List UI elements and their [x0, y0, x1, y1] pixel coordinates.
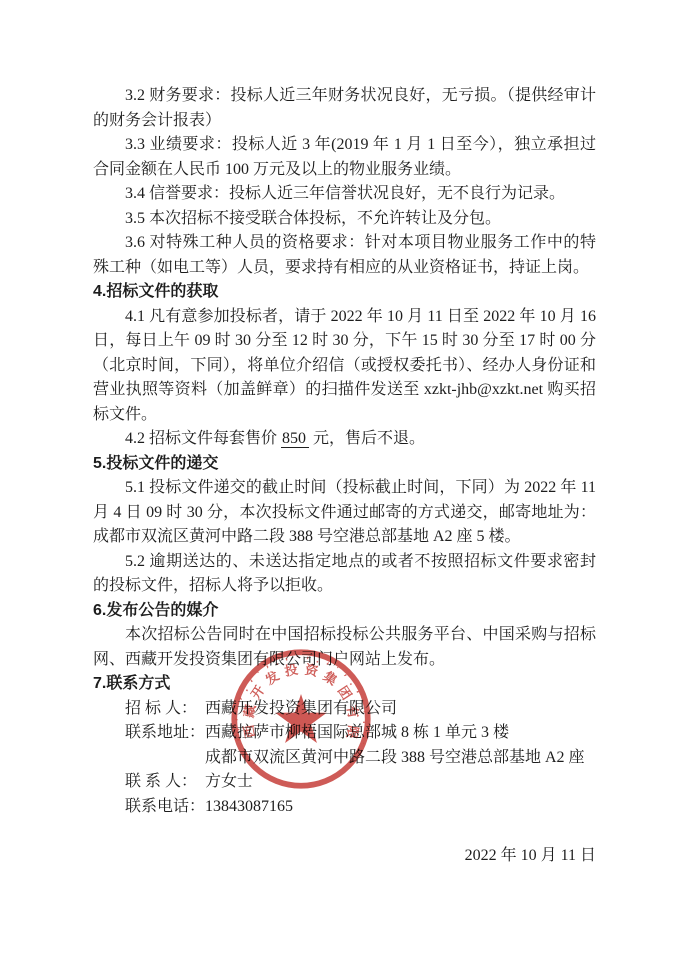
- para-4-2-suffix: 元，售后不退。: [309, 430, 425, 447]
- contact-value: 西藏拉萨市柳梧国际总部城 8 栋 1 单元 3 楼: [205, 721, 596, 746]
- heading-6-announcement-media: 6.发布公告的媒介: [93, 599, 596, 624]
- contact-value: 13843087165: [205, 795, 596, 820]
- contact-label: 联 系 人：: [125, 770, 205, 795]
- para-3-4: 3.4 信誉要求：投标人近三年信誉状况良好，无不良行为记录。: [93, 182, 596, 207]
- para-6-body: 本次招标公告同时在中国招标投标公共服务平台、中国采购与招标网、西藏开发投资集团有…: [93, 623, 596, 672]
- contact-row-address-2: 成都市双流区黄河中路二段 388 号空港总部基地 A2 座: [93, 746, 596, 771]
- contact-row-phone: 联系电话： 13843087165: [93, 795, 596, 820]
- para-4-2-prefix: 4.2 招标文件每套售价: [125, 430, 281, 447]
- contact-label: [125, 746, 205, 771]
- para-3-5: 3.5 本次招标不接受联合体投标，不允许转让及分包。: [93, 207, 596, 232]
- contact-label: 联系地址：: [125, 721, 205, 746]
- document-date: 2022 年 10 月 11 日: [93, 844, 596, 869]
- contact-row-tenderer: 招 标 人： 西藏开发投资集团有限公司: [93, 697, 596, 722]
- heading-4-obtain-documents: 4.招标文件的获取: [93, 280, 596, 305]
- document-price: 850: [281, 430, 309, 448]
- document-page: 3.2 财务要求：投标人近三年财务状况良好，无亏损。（提供经审计的财务会计报表）…: [0, 0, 690, 975]
- para-4-2: 4.2 招标文件每套售价 850 元，售后不退。: [93, 427, 596, 452]
- contact-value: 成都市双流区黄河中路二段 388 号空港总部基地 A2 座: [205, 746, 596, 771]
- contact-value: 西藏开发投资集团有限公司: [205, 697, 596, 722]
- contact-row-person: 联 系 人： 方女士: [93, 770, 596, 795]
- para-5-1: 5.1 投标文件递交的截止时间（投标截止时间，下同）为 2022 年 11 月 …: [93, 476, 596, 550]
- para-3-6: 3.6 对特殊工种人员的资格要求：针对本项目物业服务工作中的特殊工种（如电工等）…: [93, 231, 596, 280]
- para-3-2: 3.2 财务要求：投标人近三年财务状况良好，无亏损。（提供经审计的财务会计报表）: [93, 84, 596, 133]
- heading-7-contact-info: 7.联系方式: [93, 672, 596, 697]
- heading-5-bid-submission: 5.投标文件的递交: [93, 452, 596, 477]
- contact-label: 招 标 人：: [125, 697, 205, 722]
- contact-value: 方女士: [205, 770, 596, 795]
- contact-label: 联系电话：: [125, 795, 205, 820]
- para-5-2: 5.2 逾期送达的、未送达指定地点的或者不按照招标文件要求密封的投标文件，招标人…: [93, 550, 596, 599]
- para-3-3: 3.3 业绩要求：投标人近 3 年(2019 年 1 月 1 日至今），独立承担…: [93, 133, 596, 182]
- para-4-1: 4.1 凡有意参加投标者，请于 2022 年 10 月 11 日至 2022 年…: [93, 305, 596, 428]
- contact-row-address: 联系地址： 西藏拉萨市柳梧国际总部城 8 栋 1 单元 3 楼: [93, 721, 596, 746]
